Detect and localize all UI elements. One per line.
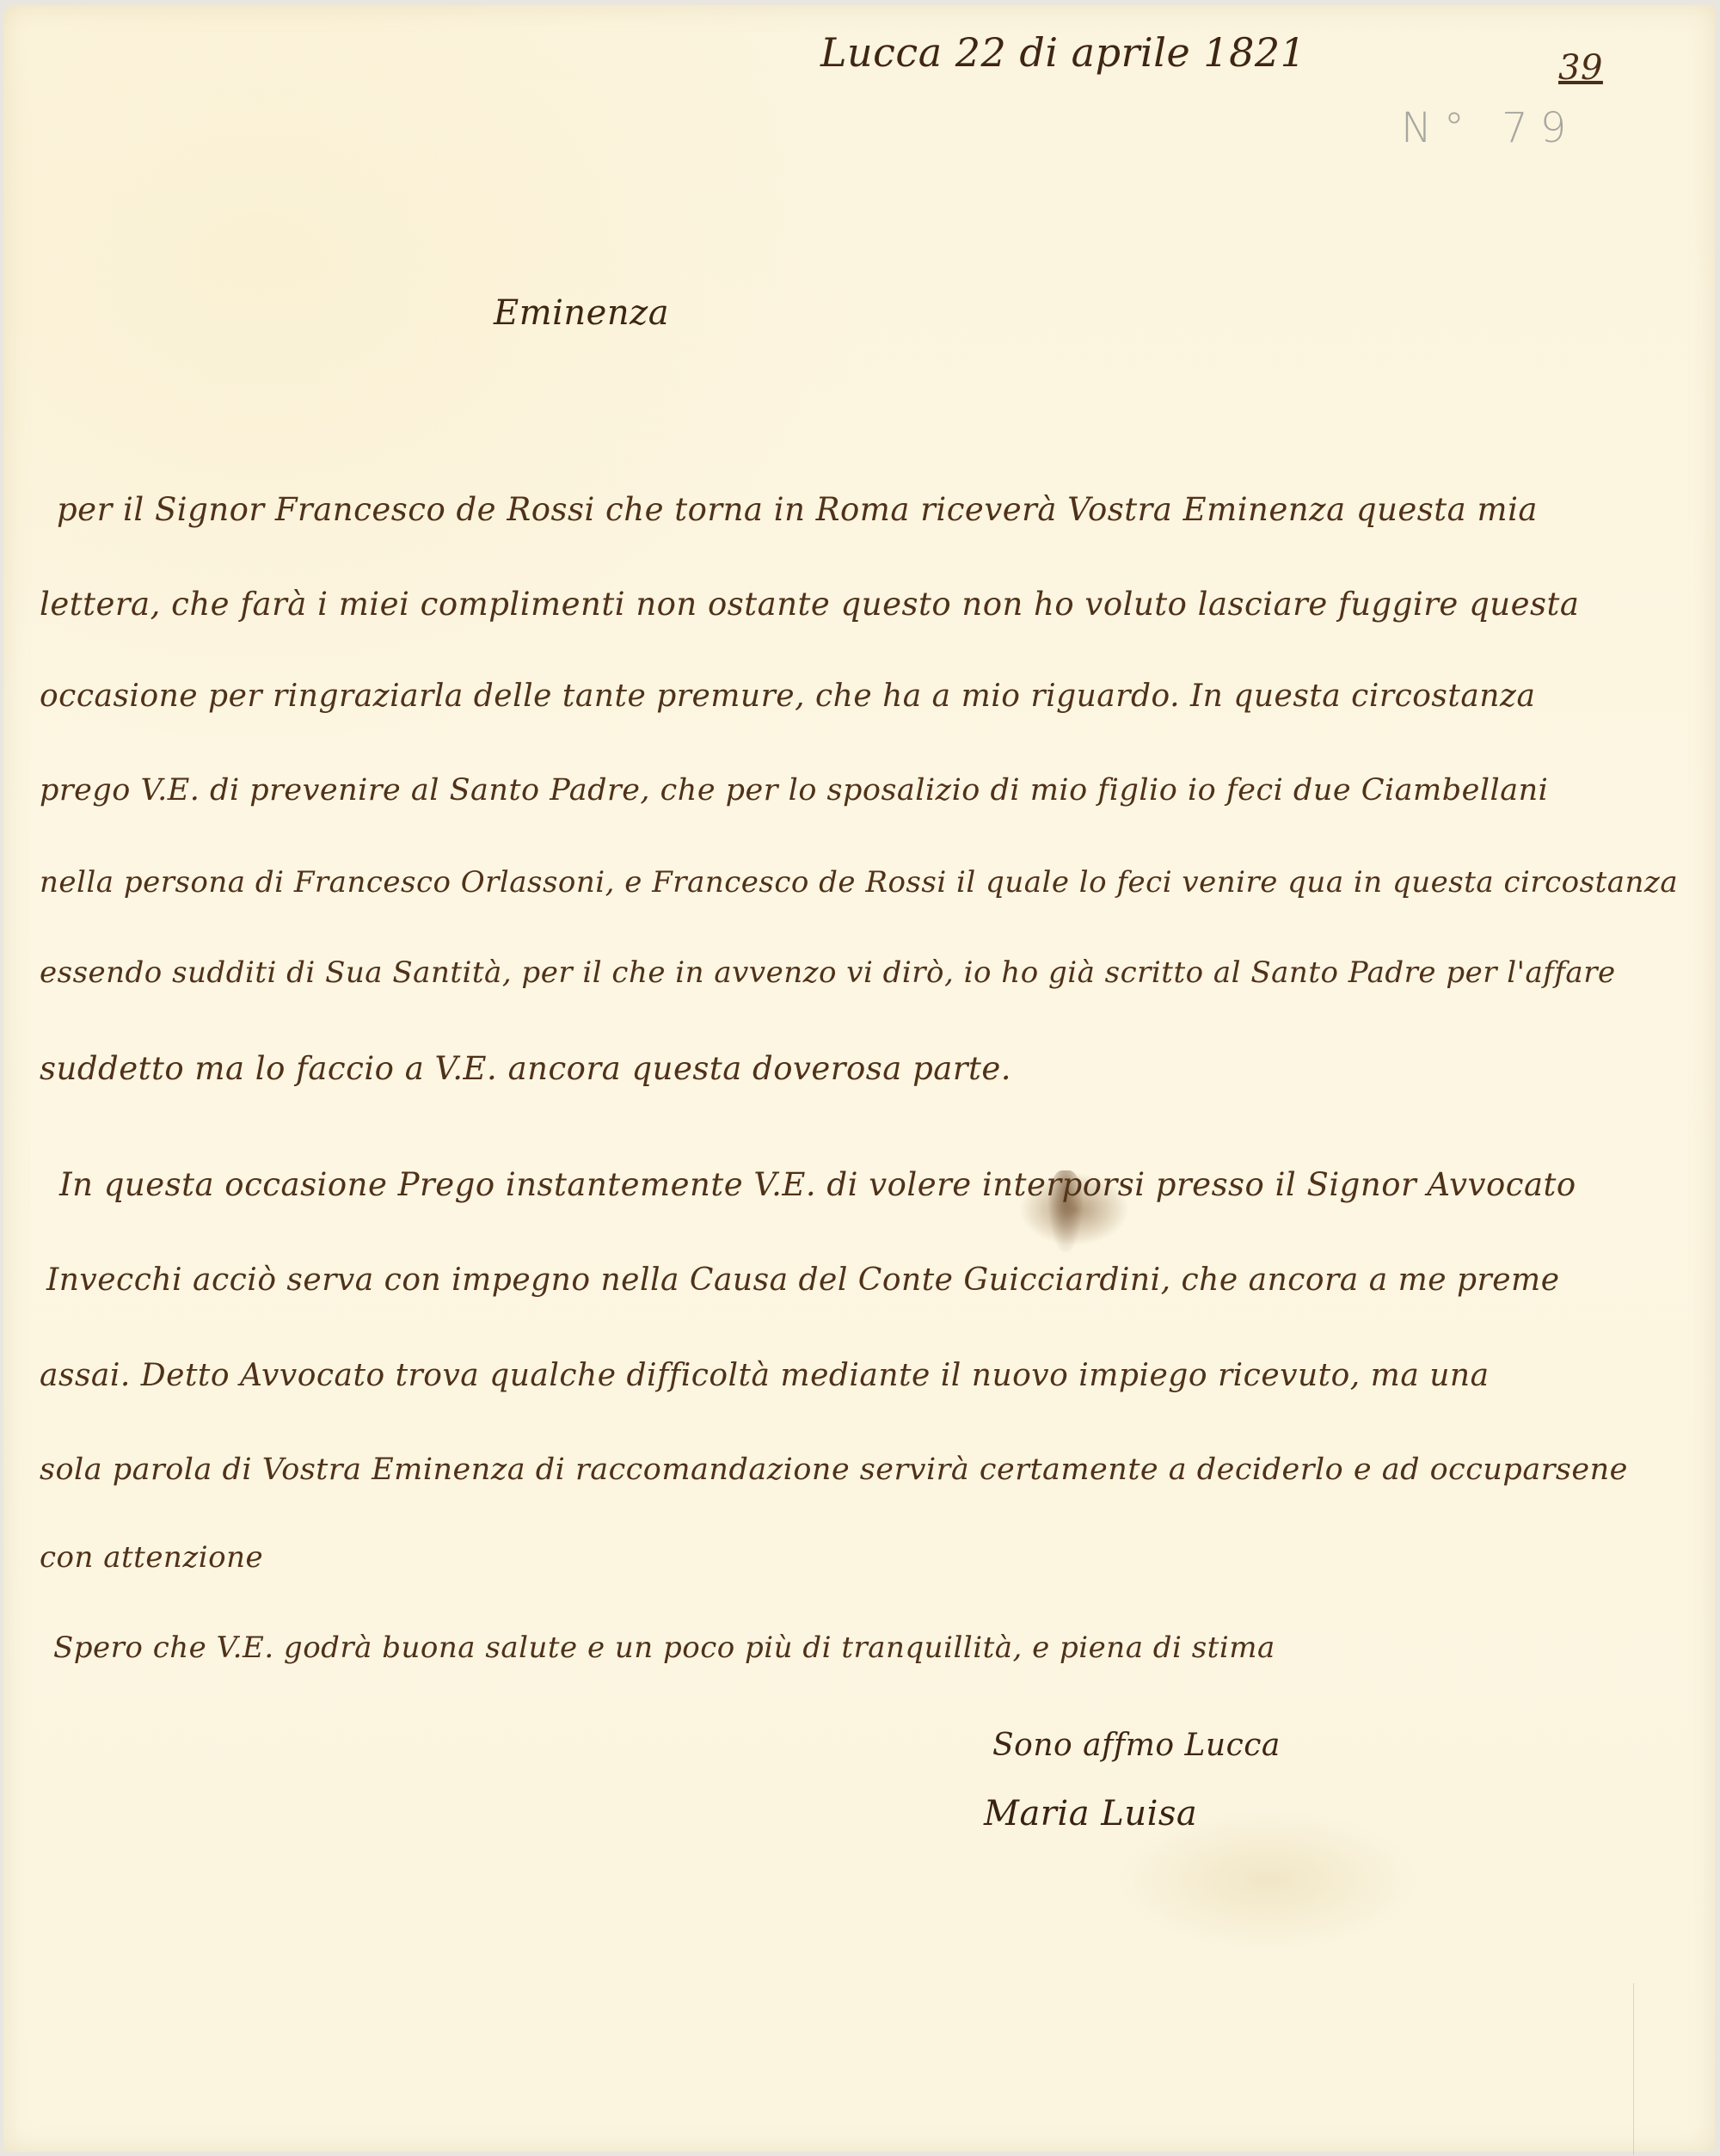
- letter-line: essendo sudditi di Sua Santità, per il c…: [40, 955, 1616, 990]
- letter-line: prego V.E. di prevenire al Santo Padre, …: [40, 773, 1548, 808]
- letter-line: suddetto ma lo faccio a V.E. ancora ques…: [40, 1050, 1011, 1087]
- letter-sheet: Lucca 22 di aprile 1821 39 N° 79 Eminenz…: [3, 5, 1715, 2152]
- folio-number: 39: [1558, 48, 1603, 88]
- archive-number: N° 79: [1401, 104, 1578, 152]
- letter-line: Invecchi acciò serva con impegno nella C…: [46, 1262, 1560, 1298]
- scan-frame: Lucca 22 di aprile 1821 39 N° 79 Eminenz…: [0, 0, 1720, 2156]
- letter-line: nella persona di Francesco Orlassoni, e …: [40, 865, 1678, 900]
- letter-line: con attenzione: [40, 1540, 263, 1575]
- letter-line: sola parola di Vostra Eminenza di raccom…: [40, 1453, 1628, 1487]
- signature: Maria Luisa: [984, 1794, 1197, 1834]
- letter-line: per il Signor Francesco de Rossi che tor…: [57, 491, 1538, 528]
- place-date: Lucca 22 di aprile 1821: [820, 29, 1305, 76]
- letter-line: lettera, che farà i miei complimenti non…: [40, 586, 1579, 623]
- paper-crease: [1633, 1983, 1634, 2155]
- letter-line: occasione per ringraziarla delle tante p…: [40, 679, 1535, 714]
- ink-blot-stain: [1048, 1170, 1083, 1252]
- letter-line: In questa occasione Prego instantemente …: [59, 1166, 1576, 1203]
- closing-formula: Sono affmo Lucca: [992, 1728, 1281, 1763]
- letter-line: assai. Detto Avvocato trova qualche diff…: [40, 1358, 1490, 1393]
- salutation: Eminenza: [494, 293, 669, 333]
- letter-line: Spero che V.E. godrà buona salute e un p…: [53, 1631, 1275, 1665]
